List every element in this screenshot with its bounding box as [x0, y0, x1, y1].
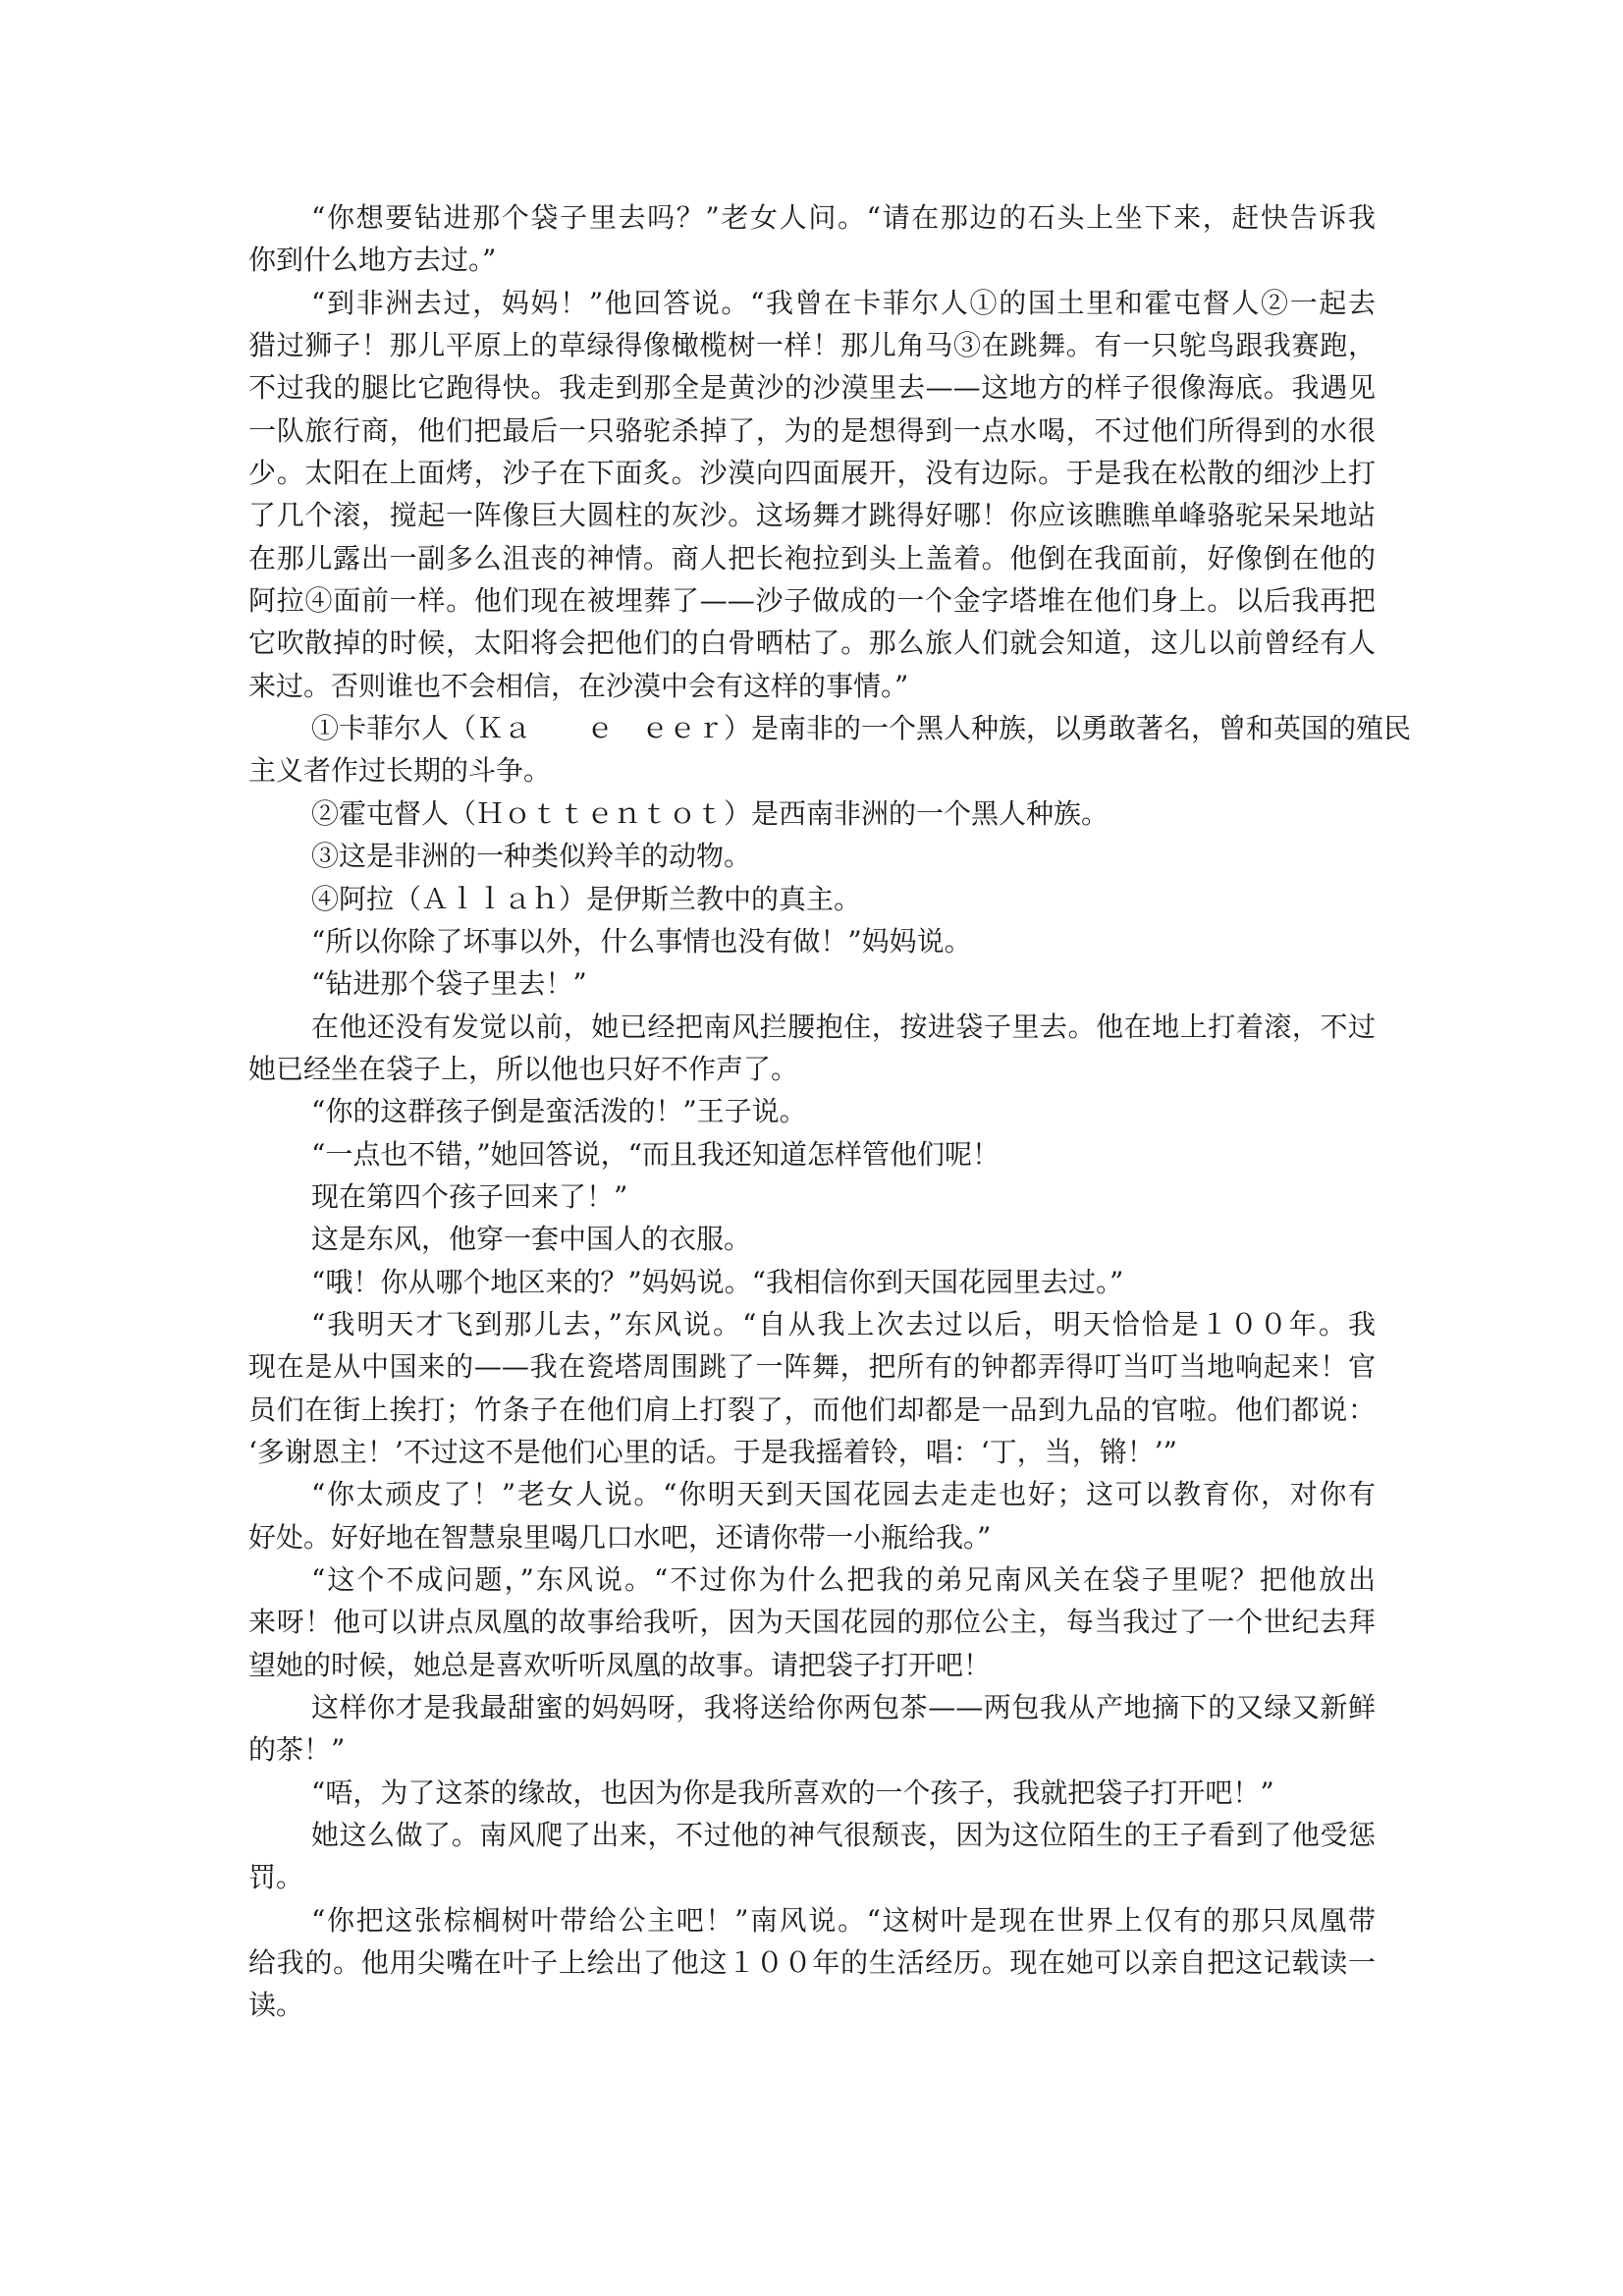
paragraph-line: 罚。: [248, 1856, 1376, 1898]
paragraph-line: “钻进那个袋子里去！”: [248, 962, 1376, 1005]
document-body: “你想要钻进那个袋子里去吗？”老女人问。“请在那边的石头上坐下来，赶快告诉我 你…: [248, 196, 1376, 2027]
paragraph-line: 这样你才是我最甜蜜的妈妈呀，我将送给你两包茶——两包我从产地摘下的又绿又新鲜: [248, 1686, 1376, 1728]
paragraph-line: 在他还没有发觉以前，她已经把南风拦腰抱住，按进袋子里去。他在地上打着滚，不过: [248, 1006, 1376, 1048]
paragraph-line: 阿拉④面前一样。他们现在被埋葬了——沙子做成的一个金字塔堆在他们身上。以后我再把: [248, 579, 1376, 622]
paragraph-line: 来过。否则谁也不会相信，在沙漠中会有这样的事情。”: [248, 665, 1376, 707]
paragraph-line: “你太顽皮了！”老女人说。“你明天到天国花园去走走也好；这可以教育你，对你有: [248, 1473, 1376, 1515]
paragraph-line: 这是东风，他穿一套中国人的衣服。: [248, 1218, 1376, 1260]
paragraph-line: 现在是从中国来的——我在瓷塔周围跳了一阵舞，把所有的钟都弄得叮当叮当地响起来！官: [248, 1345, 1376, 1388]
paragraph-line: 望她的时候，她总是喜欢听听凤凰的故事。请把袋子打开吧！: [248, 1644, 1376, 1686]
paragraph-line: 它吹散掉的时候，太阳将会把他们的白骨晒枯了。那么旅人们就会知道，这儿以前曾经有人: [248, 622, 1376, 664]
paragraph-line: 少。太阳在上面烤，沙子在下面炙。沙漠向四面展开，没有边际。于是我在松散的细沙上打: [248, 452, 1376, 494]
paragraph-line: 她已经坐在袋子上，所以他也只好不作声了。: [248, 1048, 1376, 1090]
paragraph-line: “这个不成问题，”东风说。“不过你为什么把我的弟兄南风关在袋子里呢？把他放出: [248, 1558, 1376, 1601]
paragraph-line: 好处。好好地在智慧泉里喝几口水吧，还请你带一小瓶给我。”: [248, 1516, 1376, 1558]
paragraph-line: 现在第四个孩子回来了！”: [248, 1175, 1376, 1218]
paragraph-line: 一队旅行商，他们把最后一只骆驼杀掉了，为的是想得到一点水喝，不过他们所得到的水很: [248, 410, 1376, 452]
paragraph-line: ‘多谢恩主！’不过这不是他们心里的话。于是我摇着铃，唱：‘丁，当，锵！’”: [248, 1431, 1376, 1473]
paragraph-line: “我明天才飞到那儿去，”东风说。“自从我上次去过以后，明天恰恰是１００年。我: [248, 1303, 1376, 1345]
paragraph-line: “到非洲去过，妈妈！”他回答说。“我曾在卡菲尔人①的国土里和霍屯督人②一起去: [248, 282, 1376, 324]
paragraph-line: “唔，为了这茶的缘故，也因为你是我所喜欢的一个孩子，我就把袋子打开吧！”: [248, 1772, 1376, 1814]
paragraph-line: 不过我的腿比它跑得快。我走到那全是黄沙的沙漠里去——这地方的样子很像海底。我遇见: [248, 366, 1376, 409]
paragraph-line: 读。: [248, 1984, 1376, 2026]
footnote-1: ①卡菲尔人（Ｋａ ｅ ｅｅｒ）是南非的一个黑人种族，以勇敢著名，曾和英国的殖民: [248, 707, 1376, 749]
footnote-2: ②霍屯督人（Ｈｏｔｔｅｎｔｏｔ）是西南非洲的一个黑人种族。: [248, 793, 1376, 835]
paragraph-line: “你想要钻进那个袋子里去吗？”老女人问。“请在那边的石头上坐下来，赶快告诉我: [248, 196, 1376, 239]
paragraph-line: “所以你除了坏事以外，什么事情也没有做！”妈妈说。: [248, 920, 1376, 962]
footnote-1: 主义者作过长期的斗争。: [248, 749, 1376, 792]
paragraph-line: “你的这群孩子倒是蛮活泼的！”王子说。: [248, 1090, 1376, 1132]
paragraph-line: 给我的。他用尖嘴在叶子上绘出了他这１００年的生活经历。现在她可以亲自把这记载读一: [248, 1941, 1376, 1984]
paragraph-line: 猎过狮子！那儿平原上的草绿得像橄榄树一样！那儿角马③在跳舞。有一只鸵鸟跟我赛跑，: [248, 324, 1376, 366]
paragraph-line: 员们在街上挨打；竹条子在他们肩上打裂了，而他们却都是一品到九品的官啦。他们都说：: [248, 1389, 1376, 1431]
paragraph-line: “哦！你从哪个地区来的？”妈妈说。“我相信你到天国花园里去过。”: [248, 1261, 1376, 1303]
document-page: “你想要钻进那个袋子里去吗？”老女人问。“请在那边的石头上坐下来，赶快告诉我 你…: [0, 0, 1623, 2296]
footnote-3: ③这是非洲的一种类似羚羊的动物。: [248, 835, 1376, 877]
paragraph-line: 了几个滚，搅起一阵像巨大圆柱的灰沙。这场舞才跳得好哪！你应该瞧瞧单峰骆驼呆呆地站: [248, 494, 1376, 536]
paragraph-line: 来呀！他可以讲点凤凰的故事给我听，因为天国花园的那位公主，每当我过了一个世纪去拜: [248, 1601, 1376, 1643]
paragraph-line: 在那儿露出一副多么沮丧的神情。商人把长袍拉到头上盖着。他倒在我面前，好像倒在他的: [248, 537, 1376, 579]
footnote-4: ④阿拉（Ａｌｌａｈ）是伊斯兰教中的真主。: [248, 878, 1376, 920]
paragraph-line: “一点也不错，”她回答说，“而且我还知道怎样管他们呢！: [248, 1133, 1376, 1175]
paragraph-line: “你把这张棕榈树叶带给公主吧！”南风说。“这树叶是现在世界上仅有的那只凤凰带: [248, 1899, 1376, 1941]
paragraph-line: 她这么做了。南风爬了出来，不过他的神气很颓丧，因为这位陌生的王子看到了他受惩: [248, 1814, 1376, 1856]
paragraph-line: 的茶！”: [248, 1728, 1376, 1771]
paragraph-line: 你到什么地方去过。”: [248, 239, 1376, 281]
